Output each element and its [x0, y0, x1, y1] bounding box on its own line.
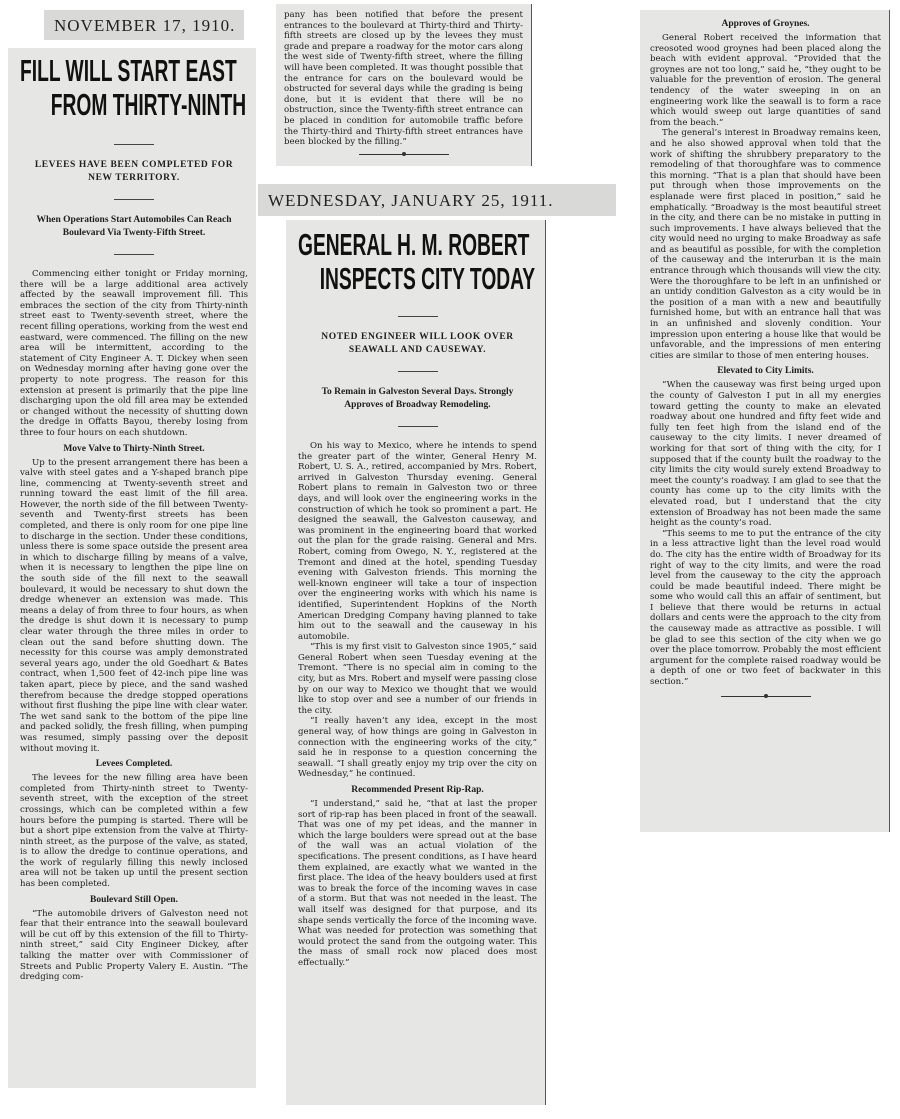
- headline-line-1: FILL WILL START EAST: [20, 54, 246, 88]
- divider-rule: [114, 254, 154, 255]
- clipping-approves-of-groynes: Approves of Groynes. General Robert rece…: [640, 10, 890, 832]
- article-body: On his way to Mexico, where he intends t…: [298, 441, 537, 969]
- subhead: Levees Completed.: [20, 758, 248, 771]
- article-body: Commencing either tonight or Friday morn…: [20, 269, 248, 983]
- subdeck: To Remain in Galveston Several Days. Str…: [308, 386, 527, 412]
- headline: GENERAL H. M. ROBERT INSPECTS CITY TODAY: [298, 228, 535, 296]
- subhead: Move Valve to Thirty-Ninth Street.: [20, 443, 248, 456]
- paragraph: “I really haven’t any idea, except in th…: [298, 716, 537, 780]
- deck: LEVEES HAVE BEEN COMPLETED FOR NEW TERRI…: [26, 159, 242, 185]
- divider-rule: [398, 426, 438, 427]
- paragraph: Commencing either tonight or Friday morn…: [20, 269, 248, 439]
- deck: NOTED ENGINEER WILL LOOK OVER SEAWALL AN…: [304, 331, 531, 357]
- clipping-continuation: pany has been notified that before the p…: [276, 4, 532, 166]
- end-rule: [721, 696, 811, 697]
- paragraph: On his way to Mexico, where he intends t…: [298, 441, 537, 642]
- paragraph: Up to the present arrangement there has …: [20, 458, 248, 755]
- paragraph: “This seems to me to put the entrance of…: [650, 529, 881, 688]
- divider-rule: [114, 199, 154, 200]
- headline: FILL WILL START EAST FROM THIRTY-NINTH: [20, 54, 246, 122]
- end-rule: [359, 154, 449, 155]
- headline-line-2: FROM THIRTY-NINTH: [20, 88, 246, 122]
- divider-rule: [114, 144, 154, 145]
- paragraph: pany has been notified that before the p…: [284, 10, 523, 148]
- paragraph: The general’s interest in Broadway remai…: [650, 128, 881, 361]
- subdeck: When Operations Start Automobiles Can Re…: [30, 214, 238, 240]
- clipping-general-robert: GENERAL H. M. ROBERT INSPECTS CITY TODAY…: [286, 220, 546, 1105]
- paragraph: “When the causeway was first being urged…: [650, 380, 881, 528]
- divider-rule: [398, 316, 438, 317]
- date-text: WEDNESDAY, JANUARY 25, 1911.: [268, 191, 554, 210]
- paragraph: “I understand,” said he, “that at last t…: [298, 799, 537, 969]
- article-body: pany has been notified that before the p…: [284, 10, 523, 148]
- paragraph: “This is my first visit to Galveston sin…: [298, 642, 537, 716]
- clipping-fill-will-start-east: FILL WILL START EAST FROM THIRTY-NINTH L…: [8, 48, 256, 1088]
- subhead: Approves of Groynes.: [650, 18, 881, 31]
- subhead: Recommended Present Rip-Rap.: [298, 784, 537, 797]
- date-banner-1911: WEDNESDAY, JANUARY 25, 1911.: [258, 184, 616, 216]
- subhead: Elevated to City Limits.: [650, 365, 881, 378]
- article-body: General Robert received the information …: [650, 33, 881, 688]
- paragraph: General Robert received the information …: [650, 33, 881, 128]
- subhead: Boulevard Still Open.: [20, 894, 248, 907]
- paragraph: The levees for the new filling area have…: [20, 773, 248, 890]
- headline-line-1: GENERAL H. M. ROBERT: [298, 228, 535, 262]
- paragraph: “The automobile drivers of Galveston nee…: [20, 909, 248, 983]
- divider-rule: [398, 371, 438, 372]
- headline-line-2: INSPECTS CITY TODAY: [298, 262, 535, 296]
- date-banner-1910: NOVEMBER 17, 1910.: [44, 10, 244, 40]
- date-text: NOVEMBER 17, 1910.: [54, 16, 235, 35]
